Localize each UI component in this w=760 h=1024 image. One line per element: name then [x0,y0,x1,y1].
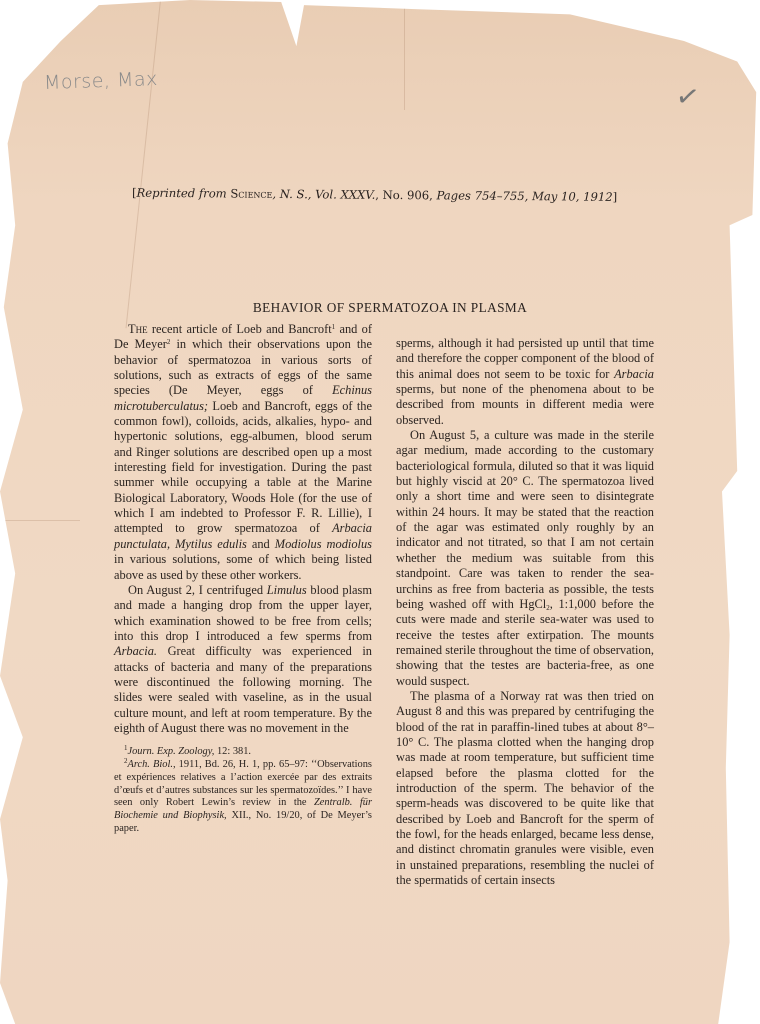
pages: Pages 754–755, [436,188,528,203]
text: recent article of Loeb and Bancroft [148,322,332,336]
text: Loeb and Bancroft, eggs of the common fo… [114,399,372,536]
species-name: Modiolus modiolus [275,537,372,551]
right-column: sperms, although it had persisted up unt… [396,336,654,888]
volume: Vol. XXXV. [315,187,375,202]
footnote-2: 2Arch. Biol., 1911, Bd. 26, H. 1, pp. 65… [114,759,372,836]
reprint-prefix: Reprinted from [136,186,226,201]
text: 12: 381. [214,746,251,757]
fold-crease [404,0,405,110]
paragraph: On August 2, I centrifuged Limulus blood… [114,583,372,736]
issue-number: , No. 906, [375,188,436,203]
journal-name: Science [230,187,272,201]
citation-title: Arch. Biol., [128,759,176,770]
text: On August 5, a culture was made in the s… [396,428,654,611]
series: , N. S., [272,187,315,201]
fold-crease [126,0,161,328]
paragraph: On August 5, a culture was made in the s… [396,428,654,689]
date: May 10, 1912 [528,189,612,204]
article-title: BEHAVIOR OF SPERMATOZOA IN PLASMA [120,300,660,316]
lead-word: The [128,322,148,336]
close-bracket: ] [613,190,618,204]
text: sperms, but none of the phenomena about … [396,382,654,427]
text: in various solutions, some of which bein… [114,552,372,581]
text: and [247,537,275,551]
species-name: Arbacia [614,367,654,381]
paragraph: The recent article of Loeb and Bancroft1… [114,322,372,583]
footnotes: 1Journ. Exp. Zoology, 12: 381. 2Arch. Bi… [114,746,372,836]
fold-crease [0,520,80,521]
species-name: Limulus [267,583,307,597]
text: On August 2, I centrifuged [128,583,267,597]
species-name: Arbacia. [114,644,157,658]
footnote-1: 1Journ. Exp. Zoology, 12: 381. [114,746,372,759]
citation-title: Journ. Exp. Zoology, [128,746,215,757]
left-column: The recent article of Loeb and Bancroft1… [114,322,372,836]
handwritten-name-note: Morse, Max [44,68,158,94]
paragraph: sperms, although it had persisted up unt… [396,336,654,428]
paragraph: The plasma of a Norway rat was then trie… [396,689,654,888]
